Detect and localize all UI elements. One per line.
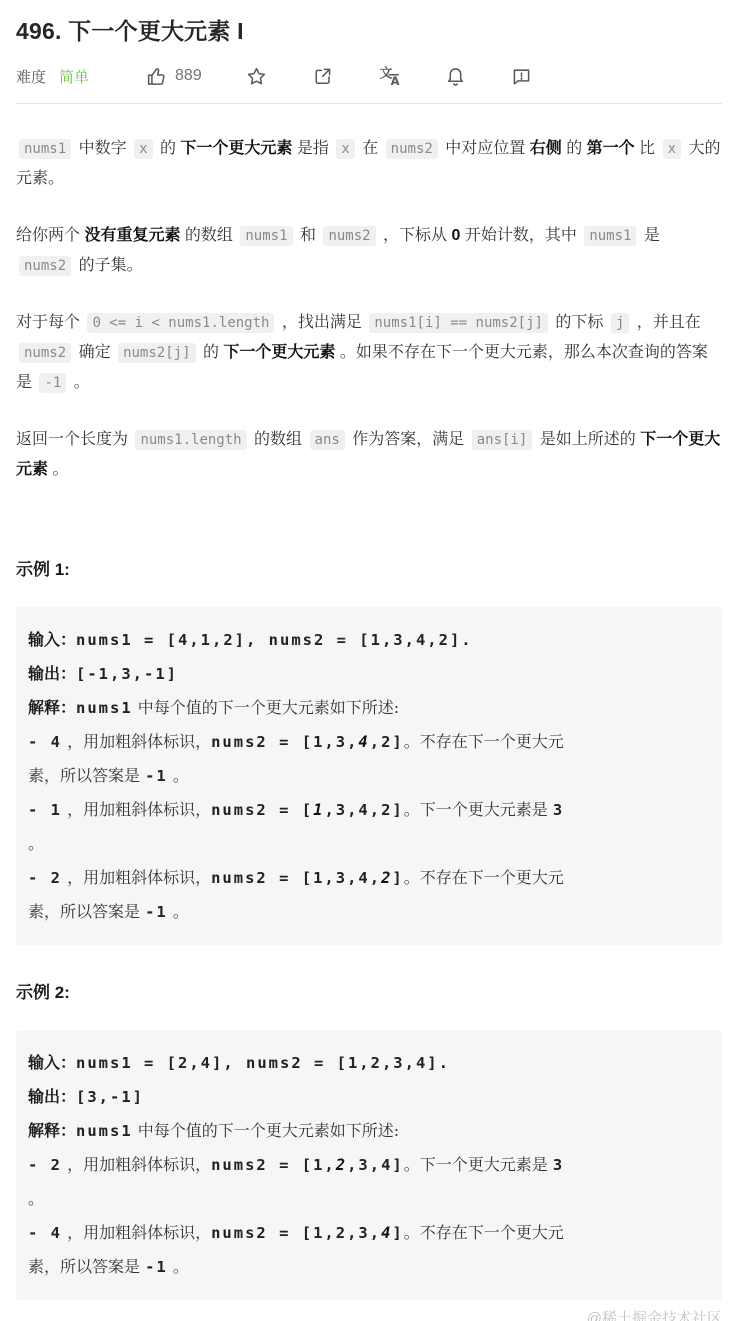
example-1-block: 输入：nums1 = [4,1,2], nums2 = [1,3,4,2]. 输… bbox=[16, 607, 722, 945]
favorite-button[interactable] bbox=[245, 65, 268, 88]
problem-page: 496. 下一个更大元素 I 难度 简单 889 bbox=[0, 16, 738, 1321]
header-divider bbox=[16, 103, 722, 104]
difficulty-label: 难度 bbox=[16, 66, 46, 87]
description-paragraph: nums1 中数字 x 的 下一个更大元素 是指 x 在 nums2 中对应位置… bbox=[16, 134, 722, 194]
feedback-icon bbox=[510, 65, 533, 88]
feedback-button[interactable] bbox=[510, 65, 533, 88]
page-title: 496. 下一个更大元素 I bbox=[16, 16, 722, 46]
share-icon bbox=[311, 65, 334, 88]
notification-button[interactable] bbox=[444, 65, 467, 88]
example-1-heading: 示例 1: bbox=[16, 559, 722, 581]
svg-text:A: A bbox=[390, 74, 399, 88]
star-icon bbox=[245, 65, 268, 88]
bell-icon bbox=[444, 65, 467, 88]
description-paragraph: 对于每个 0 <= i < nums1.length ，找出满足 nums1[i… bbox=[16, 308, 722, 398]
thumbs-up-icon bbox=[145, 65, 168, 88]
translate-button[interactable]: 文 A bbox=[377, 64, 401, 88]
example-2-block: 输入：nums1 = [2,4], nums2 = [1,2,3,4]. 输出：… bbox=[16, 1030, 722, 1300]
description-paragraph: 返回一个长度为 nums1.length 的数组 ans 作为答案，满足 ans… bbox=[16, 425, 722, 485]
translate-icon: 文 A bbox=[377, 64, 401, 88]
share-button[interactable] bbox=[311, 65, 334, 88]
like-button[interactable]: 889 bbox=[145, 65, 202, 88]
watermark: @稀土掘金技术社区 bbox=[16, 1309, 722, 1321]
example-2-heading: 示例 2: bbox=[16, 982, 722, 1004]
description-paragraph: 给你两个 没有重复元素 的数组 nums1 和 nums2 ，下标从 0 开始计… bbox=[16, 221, 722, 281]
like-count: 889 bbox=[175, 67, 202, 85]
problem-meta-bar: 难度 简单 889 bbox=[16, 63, 722, 89]
difficulty-badge: 简单 bbox=[59, 66, 89, 87]
problem-description: nums1 中数字 x 的 下一个更大元素 是指 x 在 nums2 中对应位置… bbox=[16, 134, 722, 485]
